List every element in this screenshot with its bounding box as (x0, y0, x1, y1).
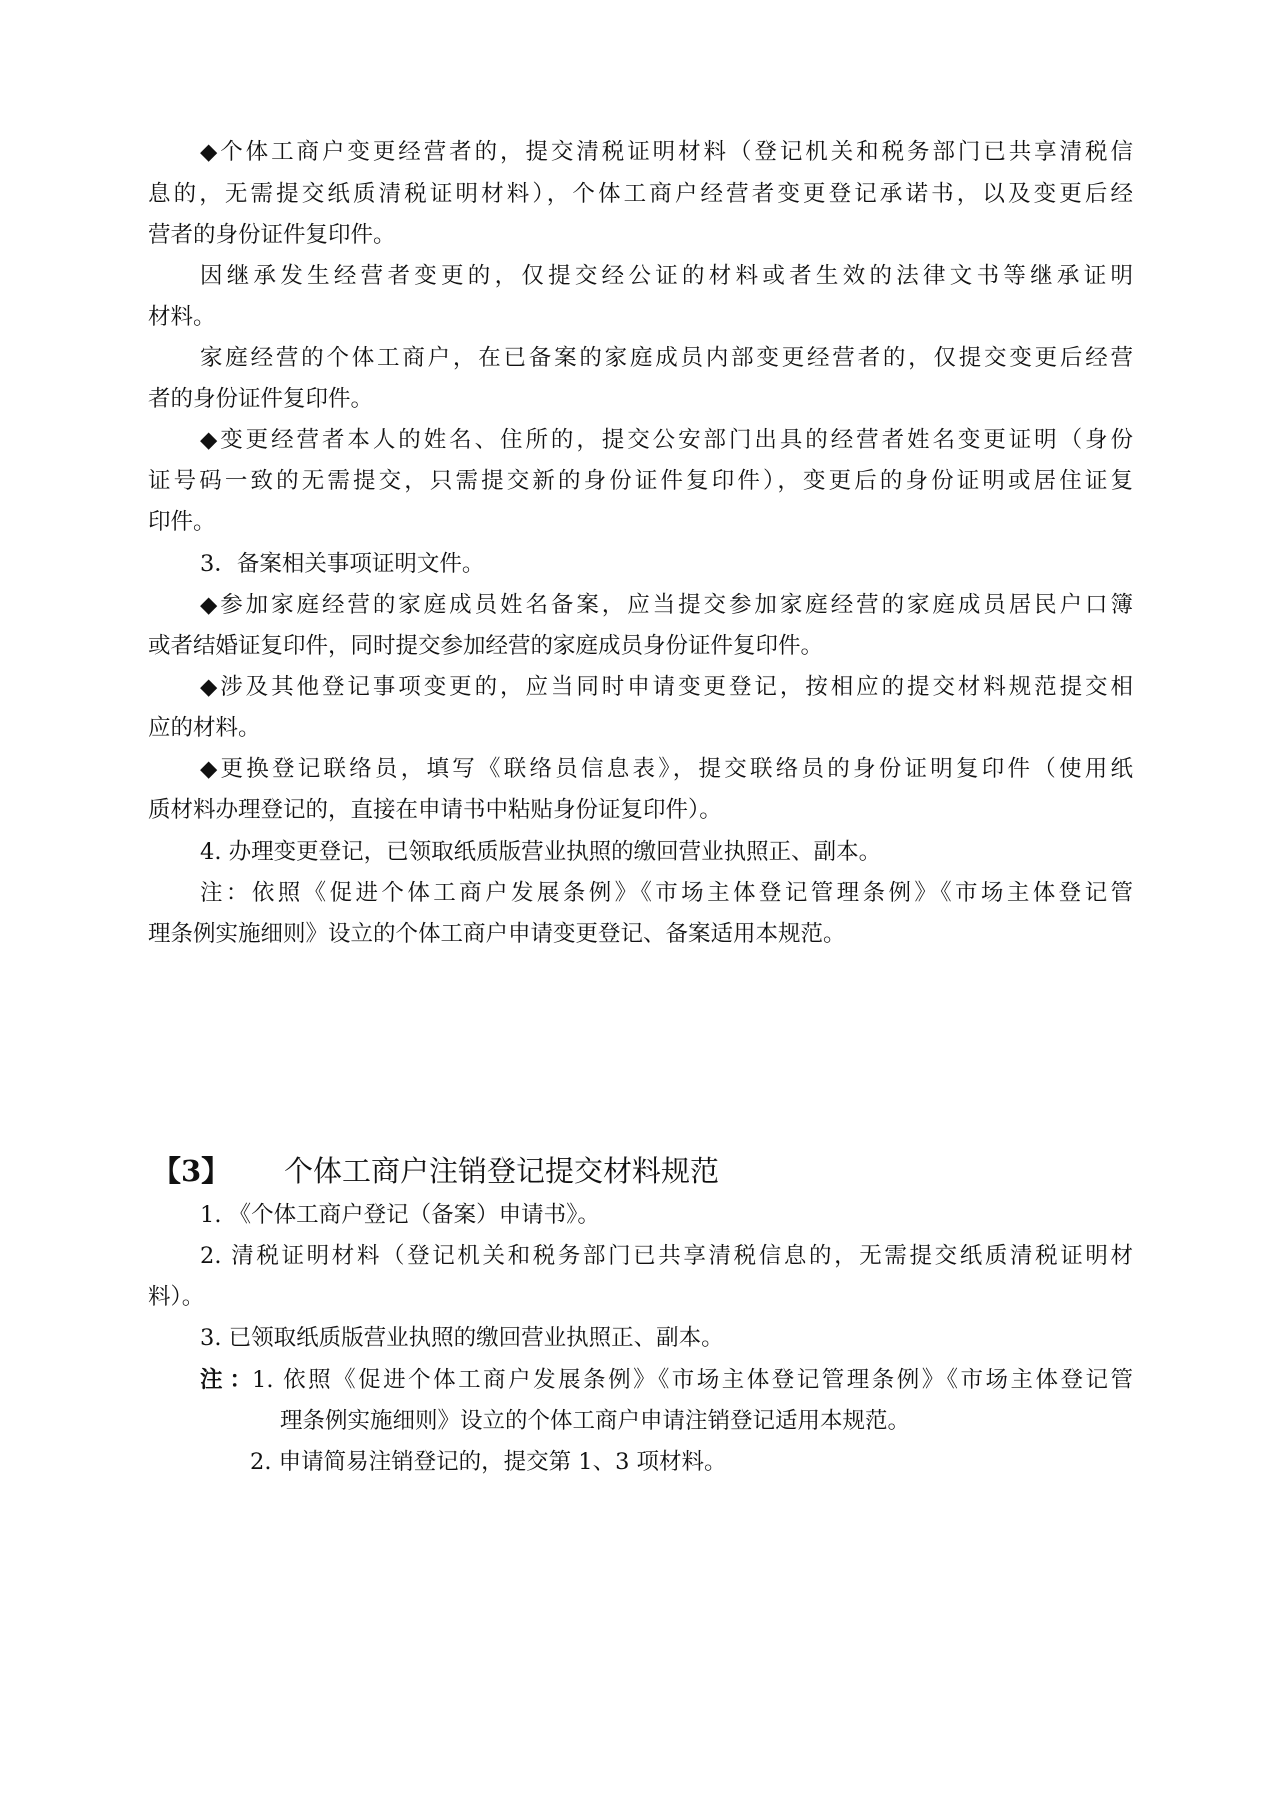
paragraph-line: ◆涉及其他登记事项变更的，应当同时申请变更登记，按相应的提交材料规范提交相 (200, 667, 1133, 707)
paragraph-line: 证号码一致的无需提交，只需提交新的身份证件复印件），变更后的身份证明或居住证复 (148, 461, 1133, 501)
paragraph-line: ◆更换登记联络员，填写《联络员信息表》，提交联络员的身份证明复印件（使用纸 (200, 749, 1133, 789)
note-line: 2. 申请简易注销登记的，提交第 1、3 项材料。 (250, 1442, 1133, 1482)
note-line: 1. 依照《促进个体工商户发展条例》《市场主体登记管理条例》《市场主体登记管 (252, 1360, 1133, 1400)
paragraph-line: 因继承发生经营者变更的，仅提交经公证的材料或者生效的法律文书等继承证明 (200, 256, 1133, 296)
paragraph-line: ◆参加家庭经营的家庭成员姓名备案，应当提交参加家庭经营的家庭成员居民户口簿 (200, 585, 1133, 625)
numbered-item: 3. 已领取纸质版营业执照的缴回营业执照正、副本。 (200, 1318, 1133, 1358)
note-line: 理条例实施细则》设立的个体工商户申请注销登记适用本规范。 (280, 1401, 1133, 1441)
paragraph-line: 料）。 (148, 1277, 1133, 1317)
document-page: ◆个体工商户变更经营者的，提交清税证明材料（登记机关和税务部门已共享清税信 息的… (0, 0, 1280, 1810)
numbered-item: 4. 办理变更登记，已领取纸质版营业执照的缴回营业执照正、副本。 (200, 832, 1133, 872)
section-heading: 【3】个体工商户注销登记提交材料规范 (152, 1148, 719, 1194)
note-line: 理条例实施细则》设立的个体工商户申请变更登记、备案适用本规范。 (148, 914, 1133, 954)
section-title: 个体工商户注销登记提交材料规范 (284, 1154, 719, 1188)
section-number: 【3】 (152, 1148, 284, 1194)
numbered-item: 3．备案相关事项证明文件。 (200, 544, 1133, 584)
paragraph-line: 印件。 (148, 502, 1133, 542)
note-block: 注： 1. 依照《促进个体工商户发展条例》《市场主体登记管理条例》《市场主体登记… (200, 1360, 1133, 1400)
paragraph-line: ◆变更经营者本人的姓名、住所的，提交公安部门出具的经营者姓名变更证明（身份 (200, 420, 1133, 460)
paragraph-line: 息的，无需提交纸质清税证明材料），个体工商户经营者变更登记承诺书，以及变更后经 (148, 174, 1133, 214)
numbered-item: 1. 《个体工商户登记（备案）申请书》。 (200, 1195, 1133, 1235)
paragraph-line: 者的身份证件复印件。 (148, 379, 1133, 419)
note-line: 注：依照《促进个体工商户发展条例》《市场主体登记管理条例》《市场主体登记管 (200, 873, 1133, 913)
paragraph-line: 或者结婚证复印件，同时提交参加经营的家庭成员身份证件复印件。 (148, 626, 1133, 666)
paragraph-line: ◆个体工商户变更经营者的，提交清税证明材料（登记机关和税务部门已共享清税信 (200, 132, 1133, 172)
paragraph-line: 应的材料。 (148, 708, 1133, 748)
numbered-item: 2. 清税证明材料（登记机关和税务部门已共享清税信息的，无需提交纸质清税证明材 (200, 1236, 1133, 1276)
paragraph-line: 材料。 (148, 297, 1133, 337)
paragraph-line: 家庭经营的个体工商户，在已备案的家庭成员内部变更经营者的，仅提交变更后经营 (200, 338, 1133, 378)
paragraph-line: 营者的身份证件复印件。 (148, 215, 1133, 255)
note-label: 注： (200, 1360, 252, 1400)
paragraph-line: 质材料办理登记的，直接在申请书中粘贴身份证复印件）。 (148, 790, 1133, 830)
